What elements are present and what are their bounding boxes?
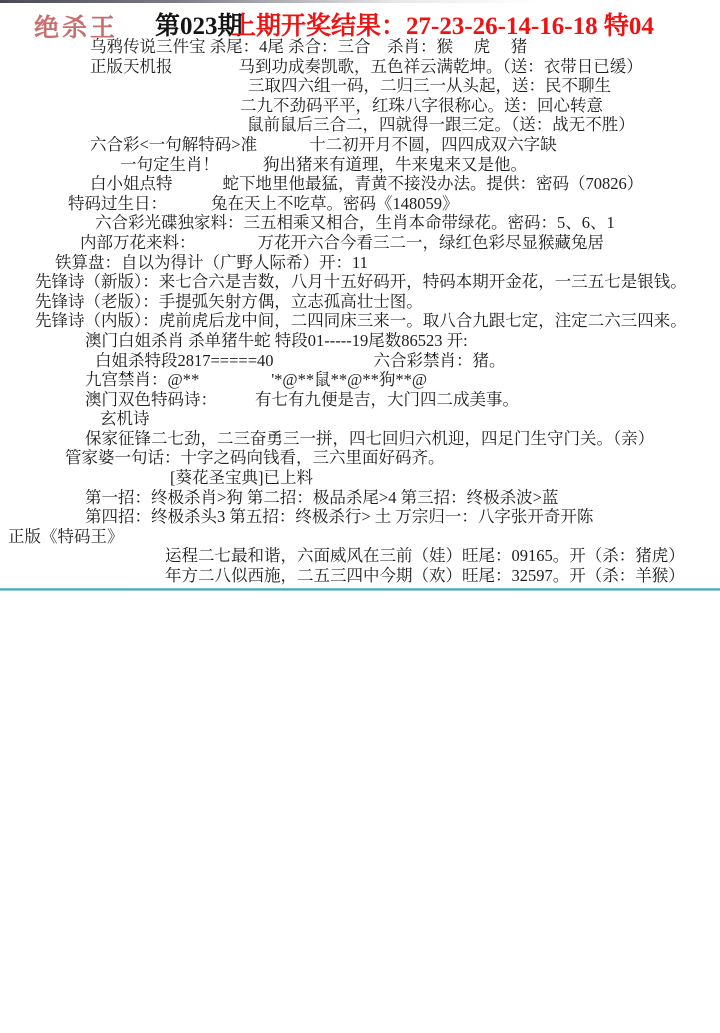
header: 绝杀王 第023期 上期开奖结果：27-23-26-14-16-18 特04 <box>0 5 720 37</box>
text-line: 铁算盘：自以为得计（广野人际希）开：11 <box>0 253 720 273</box>
text-segment: '*@**鼠**@**狗**@ <box>271 370 427 390</box>
text-segment: 澳门双色特码诗： <box>85 390 217 410</box>
text-segment: 管家婆一句话：十字之码向钱看，三六里面好码齐。 <box>65 448 445 468</box>
text-line: 第四招：终极杀头3 第五招：终极杀行> 土 万宗归一：八字张开奇开陈 <box>0 507 720 527</box>
text-segment: 二九不劲码平平，红珠八字很称心。送：回心转意 <box>240 96 603 116</box>
text-line: 乌鸦传说三件宝 杀尾：4尾 杀合：三合 杀肖：猴 虎 猪 <box>0 37 720 57</box>
text-segment: 乌鸦传说三件宝 杀尾：4尾 杀合：三合 杀肖：猴 虎 猪 <box>90 37 527 57</box>
text-segment: [葵花圣宝典]已上料 <box>170 468 313 488</box>
content-lines: 乌鸦传说三件宝 杀尾：4尾 杀合：三合 杀肖：猴 虎 猪正版天机报马到功成奏凯歌… <box>0 37 720 586</box>
text-line: 保家征锋二七劲，二三奋勇三一拼，四七回归六机迎，四足门生守门关。（亲） <box>0 429 720 449</box>
text-line: 内部万花来料：万花开六合今看三二一，绿红色彩尽显猴藏兔居 <box>0 233 720 253</box>
text-segment: 特码过生日： <box>68 194 167 214</box>
text-line: 先锋诗（内版）：虎前虎后龙中间，二四同床三来一。取八合九跟七定，注定二六三四来。 <box>0 311 720 331</box>
text-segment: 鼠前鼠后三合二，四就得一跟三定。（送：战无不胜） <box>247 115 635 135</box>
text-line: 玄机诗 <box>0 409 720 429</box>
text-segment: 玄机诗 <box>100 409 150 429</box>
text-segment: 九宫禁肖：@** <box>85 370 199 390</box>
text-line: 特码过生日：兔在天上不吃草。密码《148059》 <box>0 194 720 214</box>
text-line: 第一招：终极杀肖>狗 第二招：极品杀尾>4 第三招：终极杀波>蓝 <box>0 488 720 508</box>
text-segment: 先锋诗（新版）：来七合六是吉数，八月十五好码开，特码本期开金花，一三五七是银钱。 <box>35 272 687 292</box>
text-segment: 十二初开月不圆，四四成双六字缺 <box>309 135 557 155</box>
text-line: 先锋诗（老版）：手提弧矢射方偶，立志孤高壮士图。 <box>0 292 720 312</box>
text-segment: 蛇下地里他最猛，青黄不接没办法。提供：密码（70826） <box>223 174 644 194</box>
text-segment: 第一招：终极杀肖>狗 第二招：极品杀尾>4 第三招：终极杀波>蓝 <box>85 488 558 508</box>
text-line: 六合彩<一句解特码>准十二初开月不圆，四四成双六字缺 <box>0 135 720 155</box>
text-line: 一句定生肖！狗出猪来有道理，牛来鬼来又是他。 <box>0 155 720 175</box>
text-line: 三取四六组一码，二归三一从头起，送：民不聊生 <box>0 76 720 96</box>
top-scan-edge-line <box>0 0 720 3</box>
text-segment: 正版天机报 <box>90 57 173 77</box>
bottom-divider-line <box>0 588 720 591</box>
text-line: [葵花圣宝典]已上料 <box>0 468 720 488</box>
text-segment: 保家征锋二七劲，二三奋勇三一拼，四七回归六机迎，四足门生守门关。（亲） <box>85 429 654 449</box>
text-segment: 先锋诗（老版）：手提弧矢射方偶，立志孤高壮士图。 <box>35 292 423 312</box>
text-line: 九宫禁肖：@**'*@**鼠**@**狗**@ <box>0 370 720 390</box>
text-segment: 铁算盘：自以为得计（广野人际希）开：11 <box>55 253 368 273</box>
text-line: 白姐杀特段2817=====40六合彩禁肖：猪。 <box>0 351 720 371</box>
text-segment: 年方二八似西施，二五三四中今期（欢）旺尾：32597。开（杀：羊猴） <box>165 566 685 586</box>
text-line: 管家婆一句话：十字之码向钱看，三六里面好码齐。 <box>0 448 720 468</box>
text-line: 澳门白姐杀肖 杀单猪牛蛇 特段01-----19尾数86523 开: <box>0 331 720 351</box>
text-segment: 内部万花来料： <box>80 233 196 253</box>
text-line: 先锋诗（新版）：来七合六是吉数，八月十五好码开，特码本期开金花，一三五七是银钱。 <box>0 272 720 292</box>
text-segment: 正版《特码王》 <box>8 527 124 547</box>
text-segment: 六合彩禁肖：猪。 <box>374 351 506 371</box>
text-segment: 一句定生肖！ <box>120 155 219 175</box>
text-line: 正版天机报马到功成奏凯歌，五色祥云满乾坤。（送：衣带日已缓） <box>0 57 720 77</box>
text-segment: 六合彩<一句解特码>准 <box>90 135 257 155</box>
text-segment: 白姐杀特段2817=====40 <box>95 351 274 371</box>
text-segment: 第四招：终极杀头3 第五招：终极杀行> 土 万宗归一：八字张开奇开陈 <box>85 507 593 527</box>
lottery-tip-sheet-page: 绝杀王 第023期 上期开奖结果：27-23-26-14-16-18 特04 乌… <box>0 0 720 1033</box>
text-line: 运程二七最和谐，六面威风在三前（娃）旺尾：09165。开（杀：猪虎） <box>0 546 720 566</box>
text-line: 鼠前鼠后三合二，四就得一跟三定。（送：战无不胜） <box>0 115 720 135</box>
text-segment: 先锋诗（内版）：虎前虎后龙中间，二四同床三来一。取八合九跟七定，注定二六三四来。 <box>35 311 687 331</box>
text-segment: 澳门白姐杀肖 杀单猪牛蛇 特段01-----19尾数86523 开: <box>85 331 468 351</box>
text-segment: 白小姐点特 <box>90 174 173 194</box>
text-line: 澳门双色特码诗：有七有九便是吉，大门四二成美事。 <box>0 390 720 410</box>
text-line: 白小姐点特蛇下地里他最猛，青黄不接没办法。提供：密码（70826） <box>0 174 720 194</box>
text-segment: 马到功成奏凯歌，五色祥云满乾坤。（送：衣带日已缓） <box>239 57 643 77</box>
text-line: 二九不劲码平平，红珠八字很称心。送：回心转意 <box>0 96 720 116</box>
text-segment: 狗出猪来有道理，牛来鬼来又是他。 <box>263 155 527 175</box>
text-segment: 运程二七最和谐，六面威风在三前（娃）旺尾：09165。开（杀：猪虎） <box>165 546 685 566</box>
text-segment: 六合彩光碟独家料：三五相乘又相合，生肖本命带绿花。密码：5、6、1 <box>95 213 615 233</box>
text-segment: 万花开六合今看三二一，绿红色彩尽显猴藏兔居 <box>258 233 605 253</box>
text-line: 正版《特码王》 <box>0 527 720 547</box>
text-segment: 兔在天上不吃草。密码《148059》 <box>211 194 459 214</box>
text-segment: 有七有九便是吉，大门四二成美事。 <box>255 390 519 410</box>
text-line: 年方二八似西施，二五三四中今期（欢）旺尾：32597。开（杀：羊猴） <box>0 566 720 586</box>
text-line: 六合彩光碟独家料：三五相乘又相合，生肖本命带绿花。密码：5、6、1 <box>0 213 720 233</box>
text-segment: 三取四六组一码，二归三一从头起，送：民不聊生 <box>248 76 611 96</box>
